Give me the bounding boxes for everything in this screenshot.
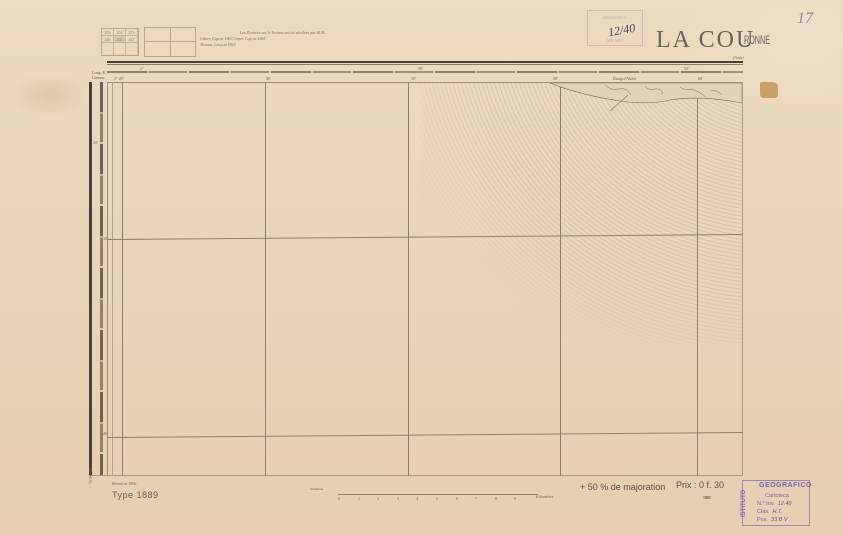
stamp-header: GEOGRAFICO <box>759 482 812 489</box>
engraved-note: Révisé en 1900 <box>112 481 136 486</box>
stamp-row: N.° Inv.12.40 <box>757 501 791 507</box>
stamp-row: Clas.H.T. <box>757 509 782 515</box>
type-label: Type 1889 <box>112 490 159 500</box>
price-code: 1901 <box>703 495 711 500</box>
tick-label: 60' <box>698 76 703 81</box>
scale-label: 7 <box>475 496 477 501</box>
index-cell: 246 <box>102 36 114 43</box>
graduated-border-left <box>100 82 103 476</box>
scale-label: 5 <box>436 496 438 501</box>
paper-stain <box>760 82 778 98</box>
scale-bar: Kilomètres 0 1 2 3 4 5 6 7 8 9 Kilomètre… <box>310 490 550 500</box>
stamp-row-label: Pos. <box>757 517 768 523</box>
price-label: Prix : 0 f. 30 <box>676 480 724 490</box>
library-stamp: BIBLIOTECA 12/40 MILANO <box>587 10 643 46</box>
frame-border-top-thin <box>107 64 743 65</box>
tick-label: 20' <box>93 140 98 145</box>
index-cell: 255 <box>126 29 138 36</box>
frame-border-bottom <box>89 475 743 476</box>
frame-inner-left <box>107 82 108 476</box>
stamp-row-value: H.T. <box>773 509 783 515</box>
frame-border-top <box>107 61 743 63</box>
index-cell: 253 <box>102 29 114 36</box>
longitude-label: Long. E. Greenw. <box>92 70 106 80</box>
meridian-line <box>122 82 123 476</box>
tick-label: 50' <box>553 76 558 81</box>
scale-label: 4 <box>416 496 418 501</box>
index-cell: 254 <box>114 29 126 36</box>
tick-label: 50' <box>266 76 271 81</box>
index-cell-current: 260 <box>114 36 126 43</box>
stamp-line: MILANO <box>588 38 642 43</box>
institute-stamp: GEOGRAFICO ISTITUTO Cartoteca N.° Inv.12… <box>742 480 810 526</box>
map-sheet: 253 254 255 246 260 247 Les Données sur … <box>0 0 843 535</box>
stamp-row-value: 12.40 <box>778 501 792 507</box>
longitude-label-line: Greenw. <box>92 75 106 80</box>
index-cell: 247 <box>126 36 138 43</box>
department-label: (Aude) <box>733 55 744 60</box>
tick-label: 50' <box>418 66 423 71</box>
frame-border-left <box>89 82 92 476</box>
majoration-note: + 50 % de majoration <box>580 482 665 492</box>
stamp-title: Cartoteca <box>765 493 789 499</box>
meridian-line <box>408 82 409 476</box>
meridian-line <box>265 82 266 476</box>
stamp-row: Pos.33 B V <box>757 517 788 523</box>
coastline <box>550 83 742 113</box>
index-cell-empty <box>102 43 114 55</box>
parallel-line <box>107 432 743 438</box>
stamp-row-value: 33 B V <box>771 517 788 523</box>
survey-note: Les Données sur le Terrain ont été nivel… <box>200 30 325 48</box>
side-label: Gravé par <box>88 468 93 484</box>
tick-label: 55' <box>684 66 689 71</box>
scale-label: 6 <box>456 496 458 501</box>
scale-label: 2 <box>377 496 379 501</box>
stamp-row-label: Clas. <box>757 509 770 515</box>
scale-label: 8 <box>495 496 497 501</box>
survey-note-row: Tirvaux, Lieut.nt 1863 <box>200 42 325 48</box>
tick-label: 30' <box>411 76 416 81</box>
scale-label: 0 <box>338 496 340 501</box>
stamp-side-text: ISTITUTO <box>741 490 747 517</box>
frame-border-right <box>742 82 743 476</box>
stamp-line: BIBLIOTECA <box>588 15 642 20</box>
frame-inner-left-2 <box>112 82 113 476</box>
tick-label: 40' <box>103 431 108 436</box>
graduated-border-top <box>107 71 743 73</box>
scale-unit: Kilomètres <box>536 494 553 499</box>
tick-label: 2° 40' <box>114 76 123 81</box>
scale-line <box>338 494 538 495</box>
tick-label: 2° <box>140 66 144 71</box>
scale-prefix: Kilomètres <box>310 487 323 491</box>
sheet-number: 17 <box>797 10 813 28</box>
scale-label: 3 <box>397 496 399 501</box>
map-title: LA COU <box>656 27 755 54</box>
scale-label: 9 <box>514 496 516 501</box>
sea-hachures <box>420 83 742 343</box>
sheet-index-grid: 253 254 255 246 260 247 <box>101 28 139 56</box>
stamp-row-label: N.° Inv. <box>757 501 775 507</box>
coastal-place-label: Étang d'Alzine <box>613 76 636 81</box>
index-cell-empty <box>114 43 126 55</box>
index-cell-empty <box>126 43 138 55</box>
scale-label: 1 <box>358 496 360 501</box>
location-diagram <box>144 27 196 57</box>
map-title-continuation: RONNE <box>744 33 770 47</box>
